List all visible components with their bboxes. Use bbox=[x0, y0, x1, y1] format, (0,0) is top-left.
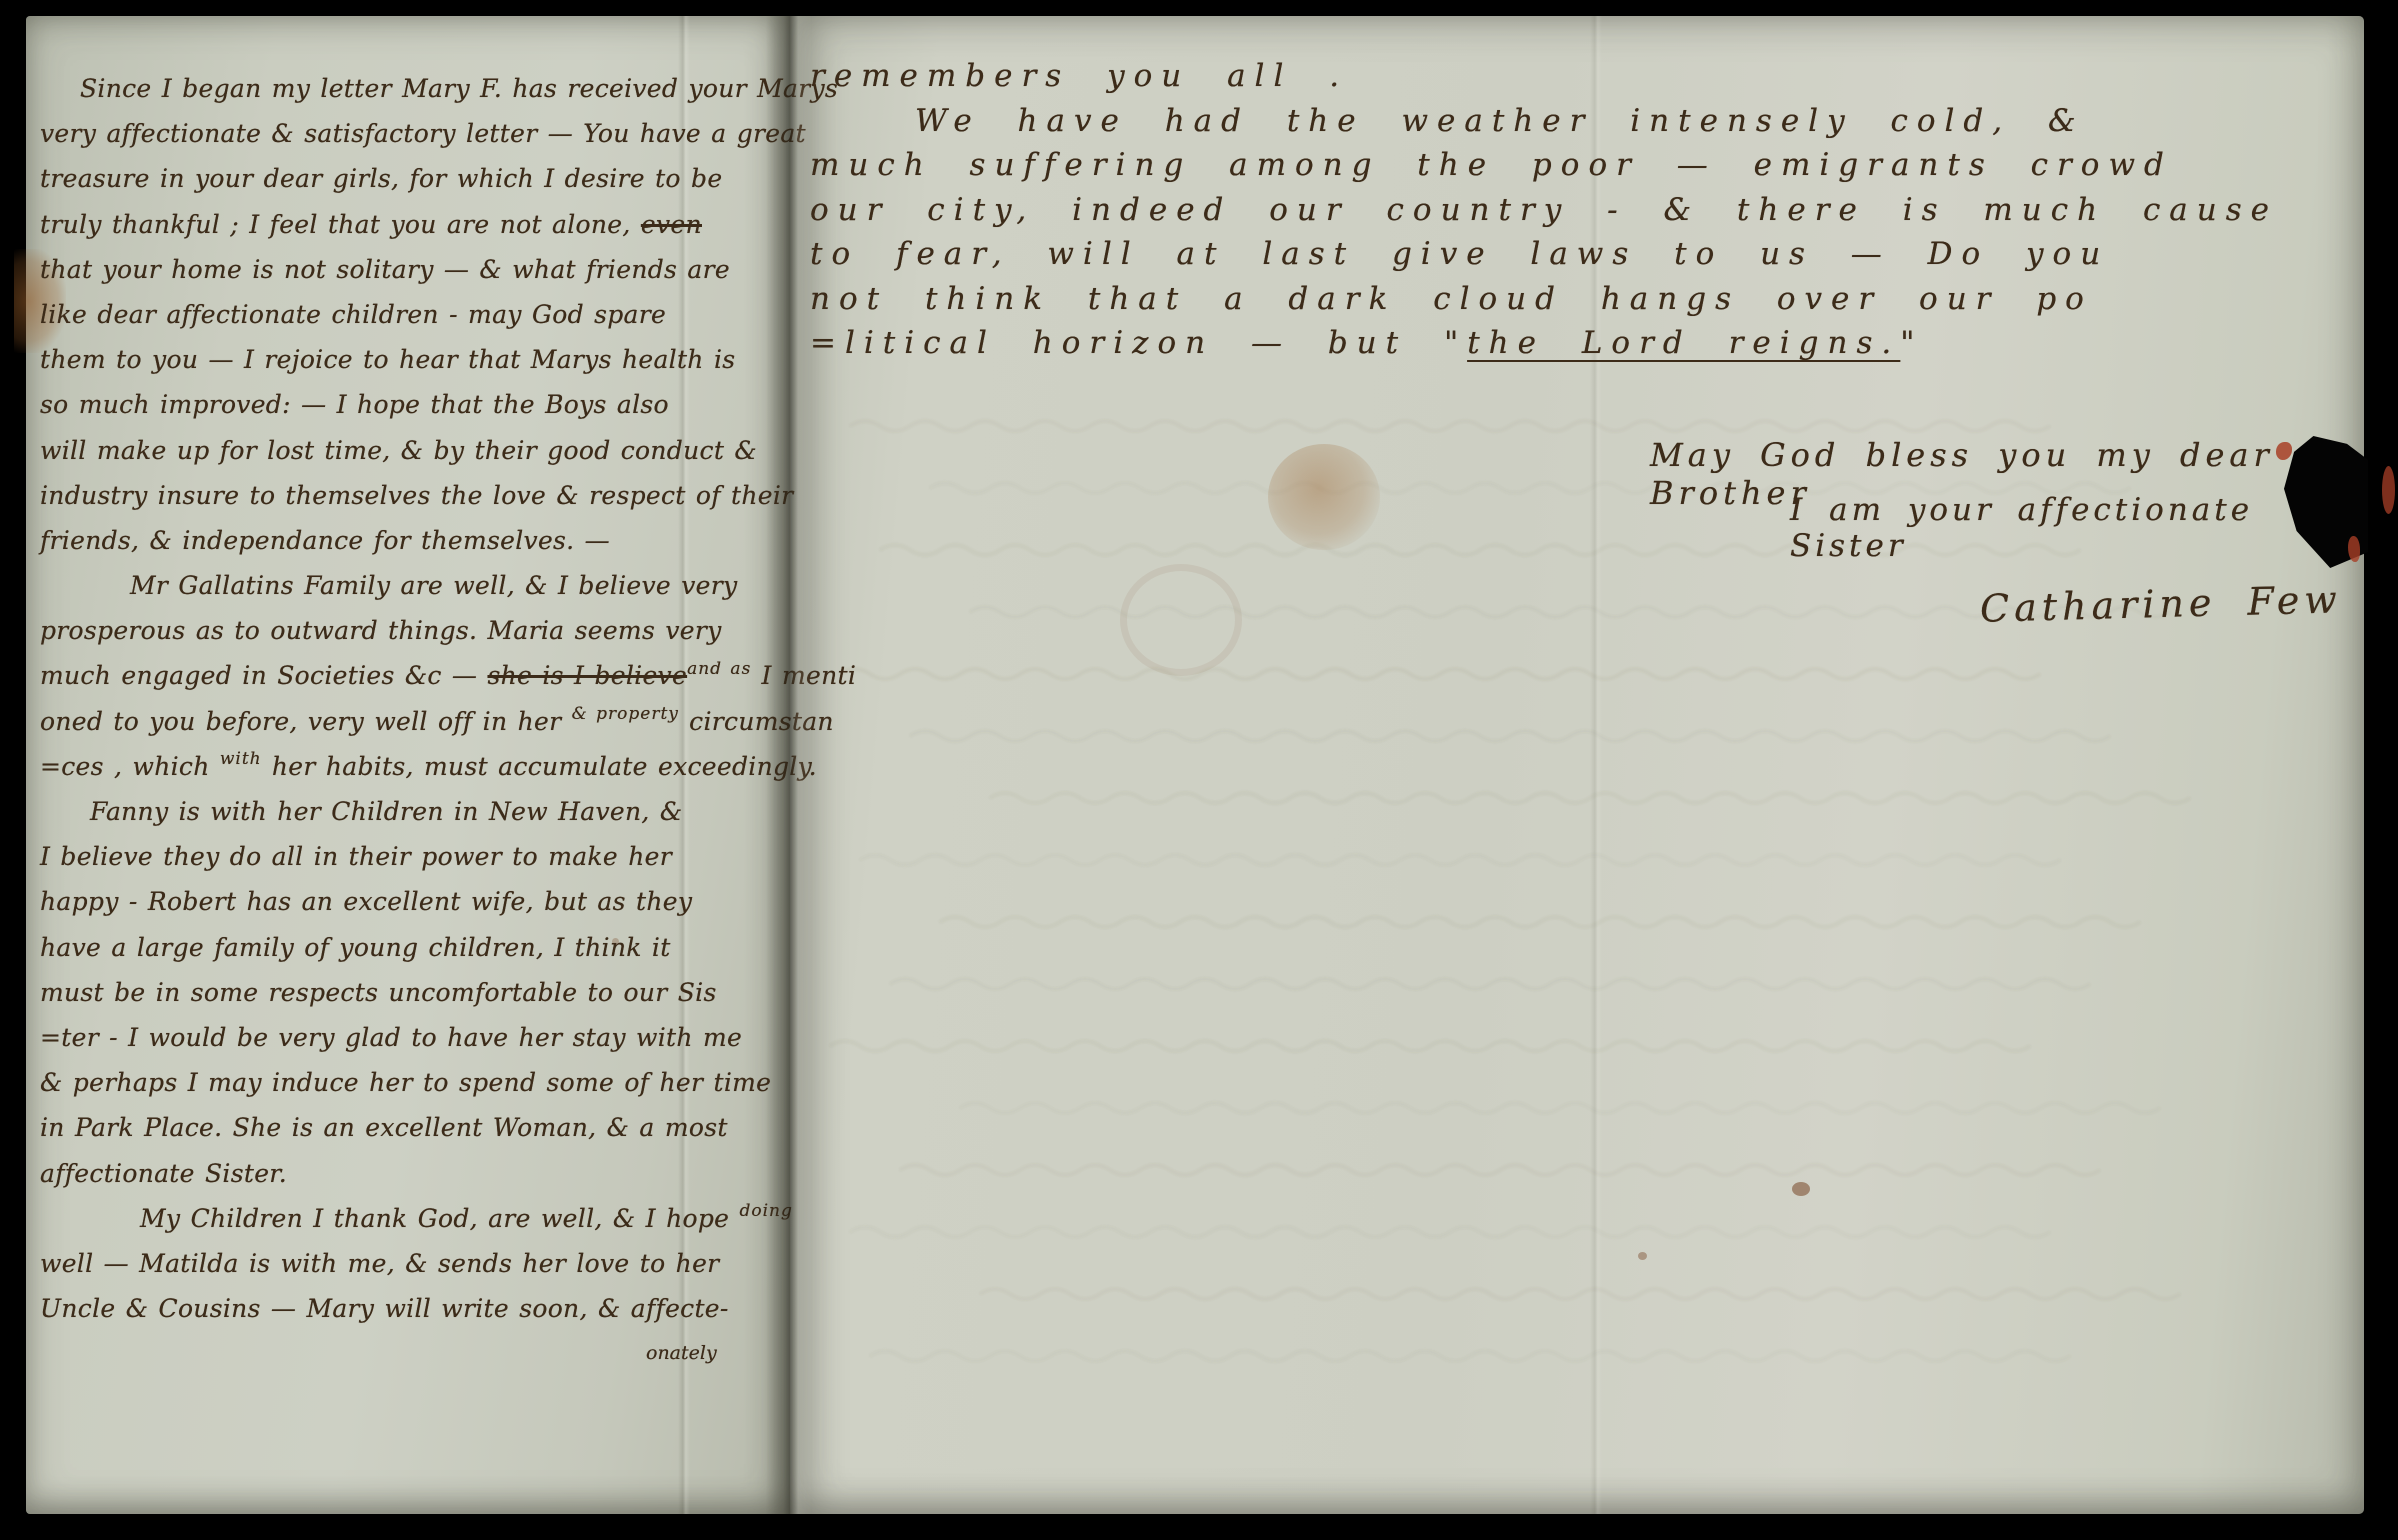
letter-line: not think that a dark cloud hangs over o… bbox=[810, 277, 2350, 322]
letter-segment: " bbox=[1900, 325, 1923, 361]
letter-line: oned to you before, very well off in her… bbox=[40, 699, 782, 744]
right-page-text: remembers you all .We have had the weath… bbox=[810, 54, 2350, 366]
scan-backdrop: Since I began my letter Mary F. has rece… bbox=[0, 0, 2398, 1540]
letter-line: treasure in your dear girls, for which I… bbox=[40, 156, 782, 201]
letter-line: our city, indeed our country - & there i… bbox=[810, 188, 2350, 233]
letter-line: in Park Place. She is an excellent Woman… bbox=[40, 1105, 782, 1150]
letter-segment: We have had the weather intensely cold, … bbox=[915, 103, 2085, 139]
letter-segment: oned to you before, very well off in her bbox=[40, 707, 572, 736]
letter-segment: Uncle & Cousins — Mary will write soon, … bbox=[40, 1294, 729, 1323]
letter-sheet: Since I began my letter Mary F. has rece… bbox=[26, 16, 2364, 1514]
letter-segment: her habits, must accumulate exceedingly. bbox=[262, 752, 817, 781]
letter-segment: to fear, will at last give laws to us — … bbox=[810, 236, 2109, 272]
letter-segment-sup: doing bbox=[739, 1201, 792, 1221]
letter-segment: industry insure to themselves the love &… bbox=[40, 481, 793, 510]
letter-segment: remembers you all . bbox=[810, 58, 1348, 94]
letter-segment: much engaged in Societies &c — bbox=[40, 661, 487, 690]
letter-line: My Children I thank God, are well, & I h… bbox=[40, 1196, 782, 1241]
letter-segment: must be in some respects uncomfortable t… bbox=[40, 978, 717, 1007]
letter-segment: prosperous as to outward things. Maria s… bbox=[40, 616, 722, 645]
letter-segment-sup: with bbox=[220, 749, 262, 769]
letter-segment: affectionate Sister. bbox=[40, 1159, 287, 1188]
letter-line: them to you — I rejoice to hear that Mar… bbox=[40, 337, 782, 382]
letter-line: much engaged in Societies &c — she is I … bbox=[40, 653, 782, 698]
letter-line: very affectionate & satisfactory letter … bbox=[40, 111, 782, 156]
letter-segment: Fanny is with her Children in New Haven,… bbox=[90, 797, 682, 826]
letter-line: Since I began my letter Mary F. has rece… bbox=[40, 66, 782, 111]
letter-segment: I menti bbox=[751, 661, 856, 690]
letter-segment: very affectionate & satisfactory letter … bbox=[40, 119, 806, 148]
letter-segment: truly thankful ; I feel that you are not… bbox=[40, 210, 641, 239]
letter-segment-u: the Lord reigns. bbox=[1467, 325, 1900, 361]
letter-segment: not think that a dark cloud hangs over o… bbox=[810, 281, 2093, 317]
fox-spot bbox=[1638, 1252, 1647, 1260]
letter-line: to fear, will at last give laws to us — … bbox=[810, 232, 2350, 277]
fox-spot bbox=[1792, 1182, 1810, 1196]
letter-page-left: Since I began my letter Mary F. has rece… bbox=[26, 16, 790, 1514]
letter-line: affectionate Sister. bbox=[40, 1151, 782, 1196]
letter-page-right: remembers you all .We have had the weath… bbox=[790, 16, 2364, 1514]
letter-segment-sup: and as bbox=[687, 659, 751, 679]
letter-segment: well — Matilda is with me, & sends her l… bbox=[40, 1249, 719, 1278]
letter-segment: I believe they do all in their power to … bbox=[40, 842, 672, 871]
letter-segment-strike: even bbox=[641, 210, 702, 239]
letter-line: Mr Gallatins Family are well, & I believ… bbox=[40, 563, 782, 608]
letter-segment: that your home is not solitary — & what … bbox=[40, 255, 730, 284]
letter-line: =ter - I would be very glad to have her … bbox=[40, 1015, 782, 1060]
letter-segment: our city, indeed our country - & there i… bbox=[810, 192, 2278, 228]
letter-line: We have had the weather intensely cold, … bbox=[810, 99, 2350, 144]
letter-segment-sup: & property bbox=[572, 704, 679, 724]
letter-line: will make up for lost time, & by their g… bbox=[40, 428, 782, 473]
letter-segment: Mr Gallatins Family are well, & I believ… bbox=[130, 571, 737, 600]
letter-line: Fanny is with her Children in New Haven,… bbox=[40, 789, 782, 834]
signature-catharine-few: Catharine Few bbox=[1979, 577, 2342, 630]
postmark-ghost bbox=[1120, 564, 1242, 676]
letter-segment: =ter - I would be very glad to have her … bbox=[40, 1023, 742, 1052]
letter-line: I believe they do all in their power to … bbox=[40, 834, 782, 879]
letter-segment: will make up for lost time, & by their g… bbox=[40, 436, 757, 465]
letter-line: & perhaps I may induce her to spend some… bbox=[40, 1060, 782, 1105]
letter-line: Uncle & Cousins — Mary will write soon, … bbox=[40, 1286, 782, 1331]
letter-segment: & perhaps I may induce her to spend some… bbox=[40, 1068, 771, 1097]
letter-segment: have a large family of young children, I… bbox=[40, 933, 671, 962]
letter-segment: in Park Place. She is an excellent Woman… bbox=[40, 1113, 728, 1142]
letter-line: so much improved: — I hope that the Boys… bbox=[40, 382, 782, 427]
wax-seal-remnant bbox=[2348, 536, 2360, 562]
letter-segment: My Children I thank God, are well, & I h… bbox=[140, 1204, 739, 1233]
wax-seal-remnant-outer bbox=[2382, 466, 2395, 514]
letter-line: like dear affectionate children - may Go… bbox=[40, 292, 782, 337]
letter-line: friends, & independance for themselves. … bbox=[40, 518, 782, 563]
letter-line: much suffering among the poor — emigrant… bbox=[810, 143, 2350, 188]
letter-segment-strike: she is I believe bbox=[487, 661, 687, 690]
letter-line: industry insure to themselves the love &… bbox=[40, 473, 782, 518]
letter-line: have a large family of young children, I… bbox=[40, 925, 782, 970]
letter-segment: happy - Robert has an excellent wife, bu… bbox=[40, 887, 692, 916]
closing-valediction: I am your affectionate Sister bbox=[1790, 492, 2364, 564]
letter-segment: =litical horizon — but " bbox=[810, 325, 1467, 361]
letter-line: happy - Robert has an excellent wife, bu… bbox=[40, 879, 782, 924]
letter-segment: like dear affectionate children - may Go… bbox=[40, 300, 666, 329]
letter-segment: circumstan bbox=[679, 707, 834, 736]
letter-segment: Since I began my letter Mary F. has rece… bbox=[80, 74, 838, 103]
letter-segment: friends, & independance for themselves. … bbox=[40, 526, 610, 555]
left-page-text: Since I began my letter Mary F. has rece… bbox=[40, 66, 782, 1331]
letter-line: must be in some respects uncomfortable t… bbox=[40, 970, 782, 1015]
catchword-onately: onately bbox=[646, 1342, 717, 1364]
letter-line: truly thankful ; I feel that you are not… bbox=[40, 202, 782, 247]
round-stain bbox=[1268, 444, 1380, 550]
letter-line: =ces , which with her habits, must accum… bbox=[40, 744, 782, 789]
letter-line: =litical horizon — but "the Lord reigns.… bbox=[810, 321, 2350, 366]
letter-line: well — Matilda is with me, & sends her l… bbox=[40, 1241, 782, 1286]
letter-segment: much suffering among the poor — emigrant… bbox=[810, 147, 2173, 183]
letter-segment: treasure in your dear girls, for which I… bbox=[40, 164, 722, 193]
letter-line: that your home is not solitary — & what … bbox=[40, 247, 782, 292]
letter-line: remembers you all . bbox=[810, 54, 2350, 99]
letter-line: prosperous as to outward things. Maria s… bbox=[40, 608, 782, 653]
letter-segment: =ces , which bbox=[40, 752, 220, 781]
letter-segment: so much improved: — I hope that the Boys… bbox=[40, 390, 669, 419]
letter-segment: them to you — I rejoice to hear that Mar… bbox=[40, 345, 735, 374]
